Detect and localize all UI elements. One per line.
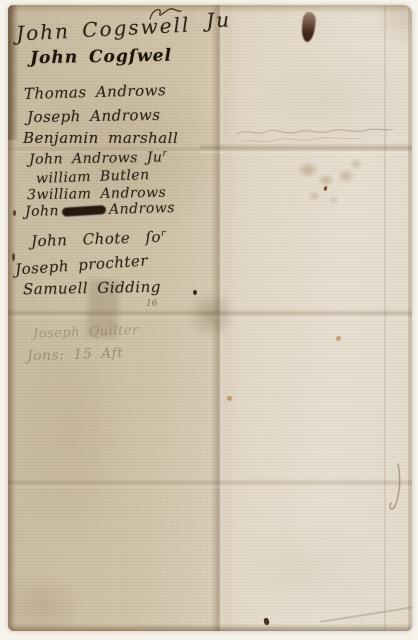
signature-line: John CogswellJu [16,10,232,45]
signature-text: John [25,203,59,220]
signature-line-with-blot: JohnAndrows [25,200,175,220]
signature-line: william Butlen [36,167,150,187]
signature-line: John Cogſwel [30,46,172,68]
scanned-document-page: John CogswellJu John Cogſwel Thomas Andr… [0,0,418,640]
signature-line: John Androws Jur [29,149,167,168]
signature-superscript: r [162,149,167,159]
signature-suffix: Ju [205,7,231,32]
signature-superscript: r [161,228,166,239]
faded-line: Joseph Quilter [33,323,139,342]
signature-line: Joseph prochter [15,251,149,278]
signature-line: Thomas Androws [24,81,167,103]
signature-text: John Chote ſo [31,228,162,251]
signature-line: John Chote ſor [31,228,167,251]
signature-text: Androws [109,200,175,218]
signature-text: John Androws Ju [29,150,163,168]
signature-line: Benjamin marshall [23,129,178,147]
faded-line: Jons: 15 Aft [27,345,124,364]
gidding-pen-flourish: 16 [146,299,157,309]
signature-line: Joseph Androws [27,106,161,126]
signature-column: John CogswellJu John Cogſwel Thomas Andr… [0,0,418,640]
signature-text: John Cogswell [16,13,191,46]
signature-line: Samuell Gidding [23,278,161,298]
blotted-out-word [62,205,106,217]
